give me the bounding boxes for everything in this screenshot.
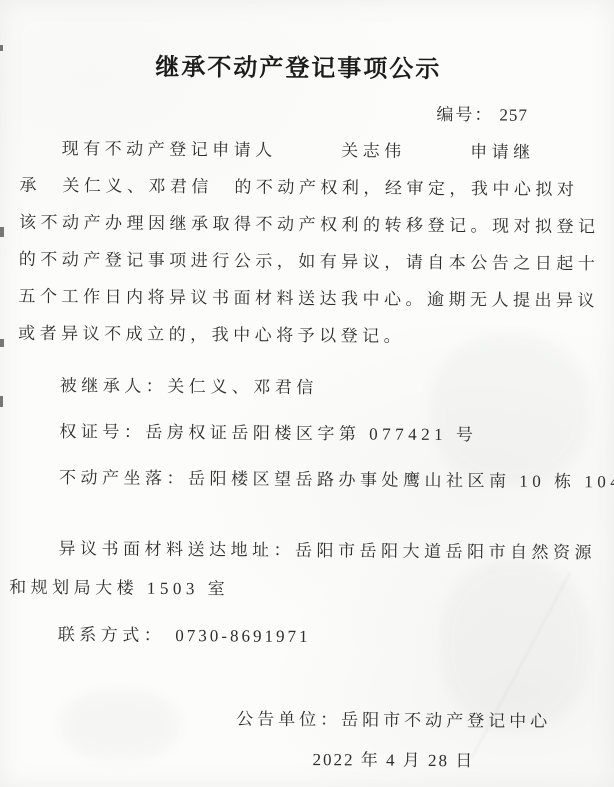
paragraph-line: 的不动产登记事项进行公示，如有异议，请自本公告之日起十 [19,241,589,282]
scan-edge-artifact [0,227,4,237]
field-certificate-number: 权证号：岳房权证岳阳楼区字第 077421 号 [17,413,587,454]
issuer-value: 岳阳市不动产登记中心 [341,710,551,731]
paragraph-line: 五个工作日内将异议书面材料送达我中心。逾期无人提出异议 [18,278,588,319]
doc-number-value: 257 [499,106,528,125]
notice-body-paragraph: 现有不动产登记申请人 关志伟 申请继 承 关仁义、邓君信 的不动产权利，经审定，… [18,130,590,356]
field-property-location: 不动产坐落：岳阳楼区望岳路办事处鹰山社区南 10 栋 104 [17,459,587,500]
paragraph-line: 或者异议不成立的，我中心将予以登记。 [18,315,588,356]
scan-edge-artifact [0,45,3,51]
field-contact-value: 0730-8691971 [175,626,310,646]
field-decedent-value: 关仁义、邓君信 [167,377,318,397]
field-decedent: 被继承人：关仁义、邓君信 [18,367,588,408]
field-contact: 联系方式：0730-8691971 [16,616,586,657]
paragraph-line: 承 关仁义、邓君信 的不动产权利，经审定，我中心拟对 [19,167,589,208]
field-objection-address: 异议书面材料送达地址：岳阳市岳阳大道岳阳市自然资源 和规划局大楼 1503 室 [16,530,587,610]
scanned-notice-page: 继承不动产登记事项公示 编号：257 现有不动产登记申请人 关志伟 申请继 承 … [0,0,614,787]
notice-fields: 被继承人：关仁义、邓君信 权证号：岳房权证岳阳楼区字第 077421 号 不动产… [16,367,588,657]
contact-line: 联系方式：0730-8691971 [16,616,586,657]
objection-address-line1: 异议书面材料送达地址：岳阳市岳阳大道岳阳市自然资源 [16,530,586,571]
paragraph-line: 该不动产办理因继承取得不动产权利的转移登记。现对拟登记 [19,204,589,245]
issuer-label: 公告单位： [236,709,341,729]
scan-edge-artifact [0,396,3,407]
scan-edge-artifact [0,339,4,347]
notice-document: 继承不动产登记事项公示 编号：257 现有不动产登记申请人 关志伟 申请继 承 … [15,46,591,783]
field-location-label: 不动产坐落： [59,468,188,488]
field-certificate-value: 岳房权证岳阳楼区字第 077421 号 [145,423,477,445]
doc-number-label: 编号： [436,105,493,124]
field-decedent-label: 被继承人： [60,376,168,396]
field-objection-value-line1: 岳阳市岳阳大道岳阳市自然资源 [295,541,596,562]
paragraph-line: 现有不动产登记申请人 关志伟 申请继 [20,130,590,171]
doc-number-line: 编号：257 [20,97,590,126]
issuer-line: 公告单位：岳阳市不动产登记中心 [236,700,551,740]
field-contact-label: 联系方式： [58,625,166,645]
objection-address-line2: 和规划局大楼 1503 室 [9,569,586,611]
field-certificate-label: 权证号： [59,422,145,442]
page-title: 继承不动产登记事项公示 [20,46,590,85]
notice-footer: 公告单位：岳阳市不动产登记中心 2022 年 4 月 28 日 [236,700,552,782]
date-line: 2022 年 4 月 28 日 [236,738,551,782]
field-location-value: 岳阳楼区望岳路办事处鹰山社区南 10 栋 104 [188,469,614,491]
field-objection-label: 异议书面材料送达地址： [58,539,295,560]
